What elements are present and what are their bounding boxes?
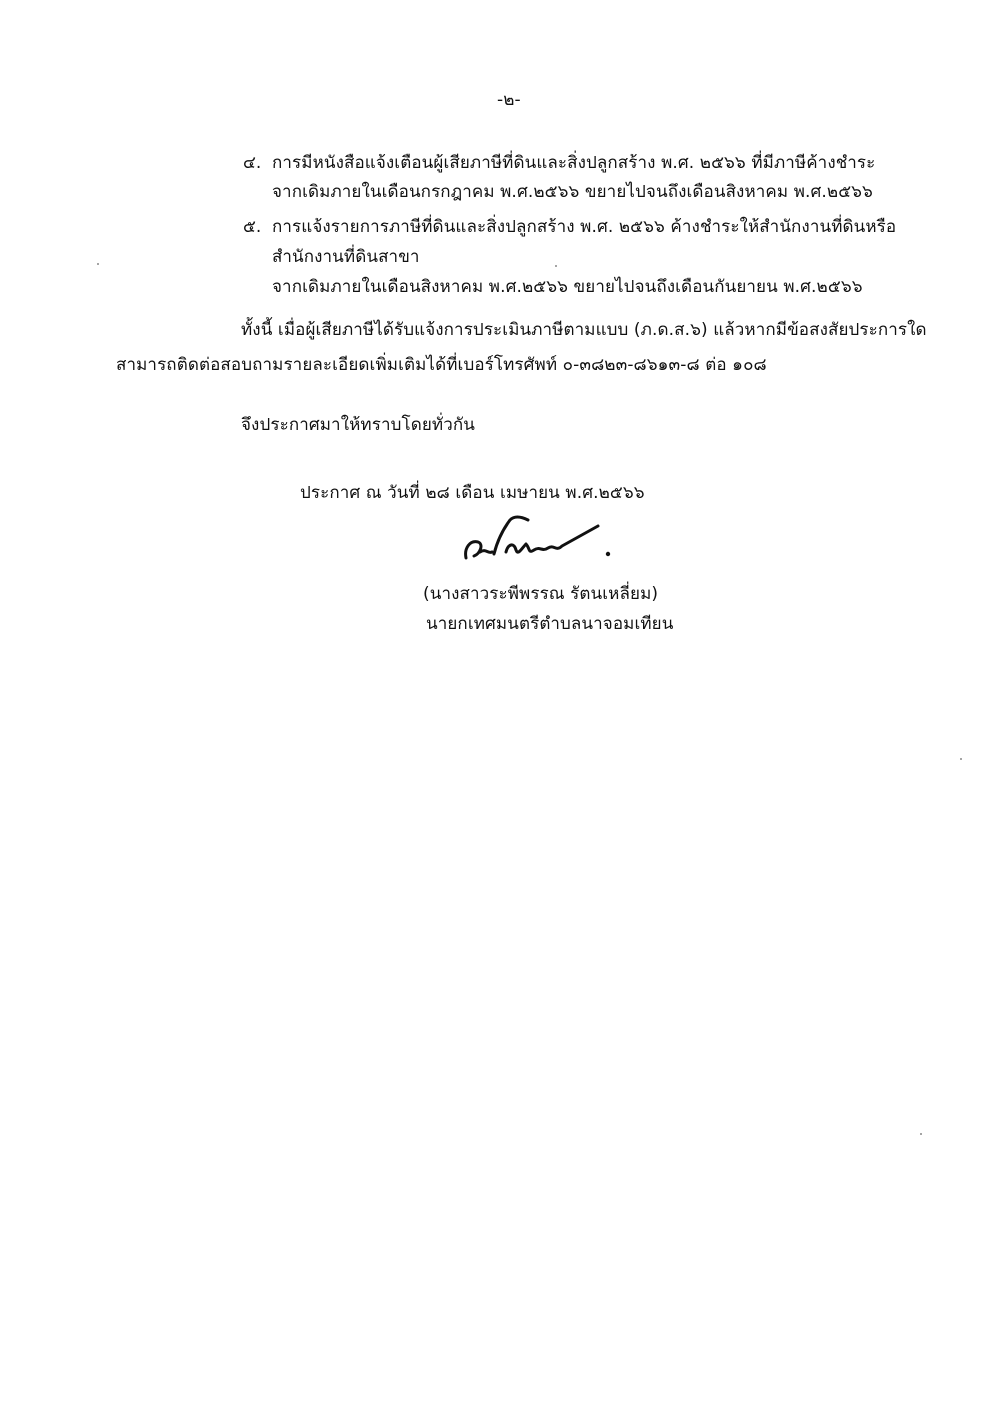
signature-image [458, 508, 618, 568]
announcement-date: ประกาศ ณ วันที่ ๒๘ เดือน เมษายน พ.ศ.๒๕๖๖ [300, 482, 645, 504]
note-paragraph-line: ทั้งนี้ เมื่อผู้เสียภาษีได้รับแจ้งการประ… [241, 319, 927, 341]
page-number: -๒- [497, 89, 521, 111]
list-item-number: ๕. [243, 216, 261, 238]
scan-speck [920, 1133, 922, 1135]
list-item-text: จากเดิมภายในเดือนสิงหาคม พ.ศ.๒๕๖๖ ขยายไป… [272, 276, 863, 298]
list-item-text: การแจ้งรายการภาษีที่ดินและสิ่งปลูกสร้าง … [272, 216, 896, 238]
scan-speck [960, 758, 962, 760]
scan-speck [97, 263, 99, 265]
note-paragraph-line: สามารถติดต่อสอบถามรายละเอียดเพิ่มเติมได้… [116, 354, 767, 376]
list-item-text: การมีหนังสือแจ้งเตือนผู้เสียภาษีที่ดินแล… [272, 152, 875, 174]
signatory-name: (นางสาวระพีพรรณ รัตนเหลี่ยม) [423, 583, 658, 605]
document-page: -๒- ๔. การมีหนังสือแจ้งเตือนผู้เสียภาษีท… [0, 0, 1000, 1412]
signatory-position: นายกเทศมนตรีตำบลนาจอมเทียน [426, 613, 673, 635]
list-item-text: จากเดิมภายในเดือนกรกฎาคม พ.ศ.๒๕๖๖ ขยายไป… [272, 181, 873, 203]
closing-statement: จึงประกาศมาให้ทราบโดยทั่วกัน [241, 414, 475, 436]
list-item-text: สำนักงานที่ดินสาขา [272, 246, 420, 268]
scan-speck [555, 265, 557, 267]
list-item-number: ๔. [243, 152, 261, 174]
